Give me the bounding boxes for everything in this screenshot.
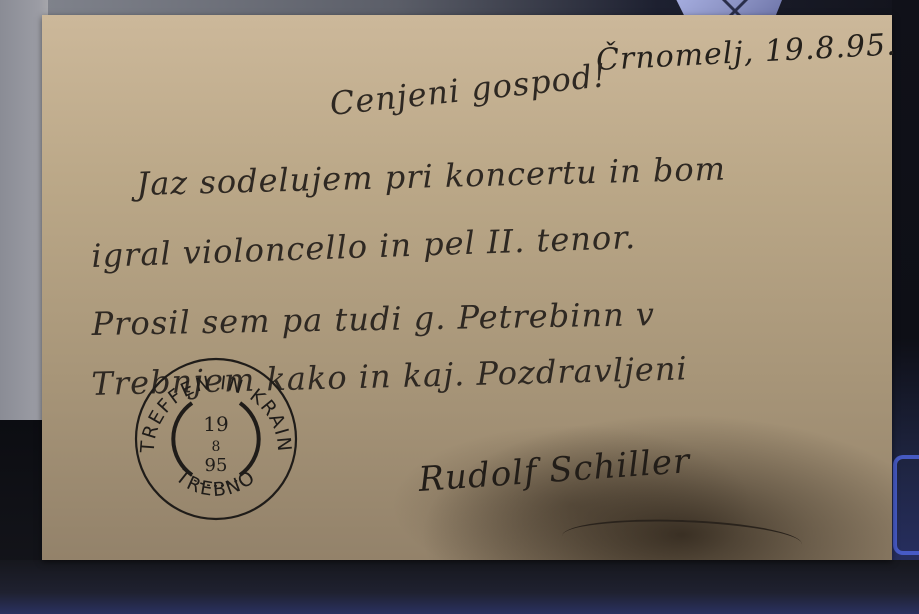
handwritten-body-line: Jaz sodelujem pri koncertu in bom bbox=[136, 150, 726, 203]
handwritten-signature: Rudolf Schiller bbox=[417, 441, 691, 500]
handwritten-body-line: Prosil sem pa tudi g. Petrebinn v bbox=[91, 295, 655, 343]
postmark-day: 19 bbox=[203, 412, 228, 436]
signature-flourish bbox=[561, 516, 802, 564]
postmark-stamp: TREFFEN IN KRAIN TREBNO 19 8 95 bbox=[132, 355, 300, 523]
background-wall bbox=[0, 0, 48, 420]
handwritten-date: Črnomelj, 19.8.95. bbox=[595, 27, 897, 78]
handwritten-body-line: igral violoncello in pel II. tenor. bbox=[91, 218, 637, 275]
postmark-year: 95 bbox=[205, 455, 228, 476]
postmark-month: 8 bbox=[212, 439, 221, 455]
background-surface bbox=[0, 560, 919, 614]
postcard: Črnomelj, 19.8.95. Cenjeni gospod! Jaz s… bbox=[42, 15, 892, 560]
background-blue-object bbox=[893, 455, 919, 555]
postmark-icon: TREFFEN IN KRAIN TREBNO 19 8 95 bbox=[132, 355, 300, 523]
handwritten-greeting: Cenjeni gospod! bbox=[328, 56, 609, 123]
